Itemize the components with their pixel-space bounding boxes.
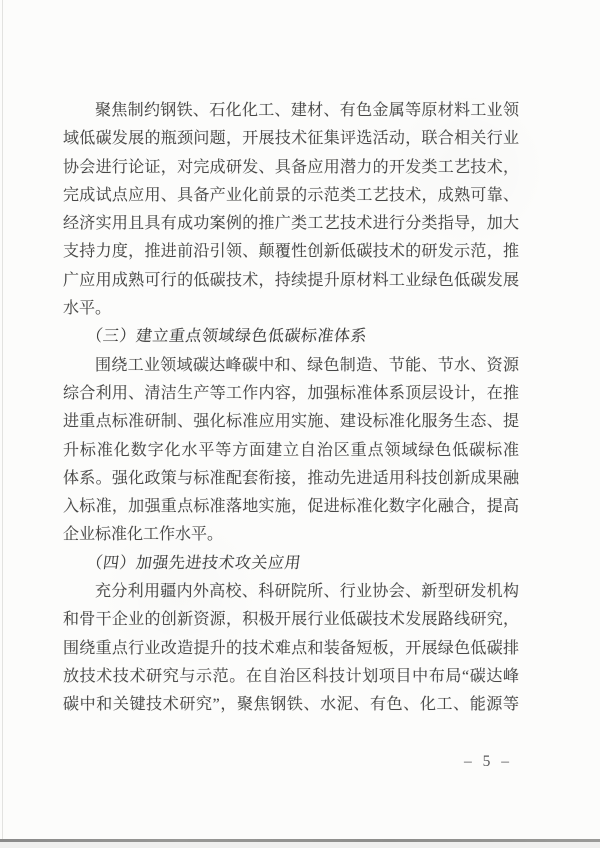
text-line: 围绕工业领域碳达峰碳中和、绿色制造、节能、节水、资源 <box>63 352 519 380</box>
section-heading-3: （三）建立重点领域绿色低碳标准体系 <box>63 323 522 351</box>
section-heading-4: （四）加强先进技术攻关应用 <box>63 550 522 578</box>
text-line: 碳中和关键技术研究”，聚焦钢铁、水泥、有色、化工、能源等 <box>63 691 519 719</box>
scan-background-strip <box>0 842 600 848</box>
text-line: 域低碳发展的瓶颈问题，开展技术征集评选活动，联合相关行业 <box>63 125 519 153</box>
text-line: 充分利用疆内外高校、科研院所、行业协会、新型研发机构 <box>63 578 519 606</box>
text-line: 体系。强化政策与标准配套衔接，推动先进适用科技创新成果融 <box>63 465 519 493</box>
text-line: 企业标准化工作水平。 <box>63 521 519 549</box>
document-body: 聚焦制约钢铁、石化化工、建材、有色金属等原材料工业领 域低碳发展的瓶颈问题，开展… <box>63 97 519 720</box>
text-line: 放技术技术研究与示范。在自治区科技计划项目中布局“碳达峰 <box>63 663 519 691</box>
text-line: 经济实用且具有成功案例的推广类工艺技术进行分类指导，加大 <box>63 210 519 238</box>
text-line: 进重点标准研制、强化标准应用实施、建设标准化服务生态、提 <box>63 408 519 436</box>
text-line: 综合利用、清洁生产等工作内容，加强标准体系顶层设计，在推 <box>63 380 519 408</box>
text-line: 协会进行论证，对完成研发、具备应用潜力的开发类工艺技术， <box>63 154 519 182</box>
text-line: 和骨干企业的创新资源，积极开展行业低碳技术发展路线研究， <box>63 606 519 634</box>
scanned-document-page: 聚焦制约钢铁、石化化工、建材、有色金属等原材料工业领 域低碳发展的瓶颈问题，开展… <box>0 0 600 848</box>
text-line: 完成试点应用、具备产业化前景的示范类工艺技术，成熟可靠、 <box>63 182 519 210</box>
text-line: 围绕重点行业改造提升的技术难点和装备短板，开展绿色低碳排 <box>63 635 519 663</box>
text-line: 聚焦制约钢铁、石化化工、建材、有色金属等原材料工业领 <box>63 97 519 125</box>
page-left-edge-line <box>2 0 3 841</box>
text-line: 广应用成熟可行的低碳技术，持续提升原材料工业绿色低碳发展 <box>63 267 519 295</box>
page-number: – 5 – <box>464 753 513 771</box>
text-line: 支持力度，推进前沿引领、颠覆性创新低碳技术的研发示范，推 <box>63 238 519 266</box>
text-line: 水平。 <box>63 295 519 323</box>
text-line: 升标准化数字化水平等方面建立自治区重点领域绿色低碳标准 <box>63 437 519 465</box>
text-line: 入标准，加强重点标准落地实施，促进标准化数字化融合，提高 <box>63 493 519 521</box>
